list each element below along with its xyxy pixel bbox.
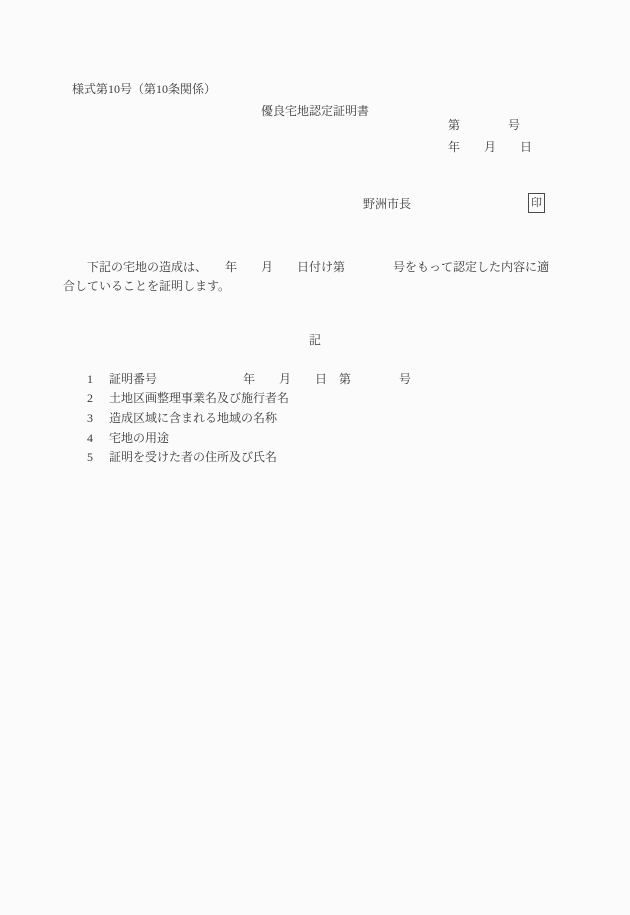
list-item-label: 証明を受けた者の住所及び氏名 bbox=[109, 450, 277, 464]
cert-number-line: 第 号 bbox=[448, 117, 520, 133]
issuer-name: 野洲市長 bbox=[363, 196, 411, 212]
list-item-label: 宅地の用途 bbox=[109, 431, 169, 445]
seal-icon: 印 bbox=[531, 198, 542, 209]
list-item: 4宅地の用途 bbox=[87, 430, 587, 447]
form-number: 様式第10号（第10条関係） bbox=[72, 81, 216, 97]
list-item-label: 造成区域に含まれる地域の名称 bbox=[109, 411, 277, 425]
doc-title: 優良宅地認定証明書 bbox=[0, 103, 630, 119]
body-line-1: 下記の宅地の造成は、 年 月 日付け第 号をもって認定した内容に適 bbox=[63, 259, 549, 275]
list-item: 3造成区域に含まれる地域の名称 bbox=[87, 410, 587, 427]
list-item-number: 2 bbox=[87, 390, 109, 406]
list-item-number: 4 bbox=[87, 430, 109, 446]
cert-date-line: 年 月 日 bbox=[448, 139, 532, 155]
list-item-number: 5 bbox=[87, 449, 109, 465]
list-item-number: 1 bbox=[87, 371, 109, 387]
list-item: 1証明番号 年 月 日 第 号 bbox=[87, 371, 587, 388]
list-item-label: 土地区画整理事業名及び施行者名 bbox=[109, 391, 289, 405]
body-line-2: 合していることを証明します。 bbox=[63, 278, 230, 294]
list-item-label: 証明番号 bbox=[109, 372, 157, 386]
document-page: 様式第10号（第10条関係） 優良宅地認定証明書 第 号 年 月 日 野洲市長 … bbox=[0, 0, 630, 915]
list-item: 5証明を受けた者の住所及び氏名 bbox=[87, 449, 587, 466]
seal-box: 印 bbox=[528, 193, 545, 213]
list-item-number: 3 bbox=[87, 410, 109, 426]
list-item-detail: 年 月 日 第 号 bbox=[243, 371, 411, 387]
list-item: 2土地区画整理事業名及び施行者名 bbox=[87, 390, 587, 407]
section-marker: 記 bbox=[0, 332, 630, 348]
